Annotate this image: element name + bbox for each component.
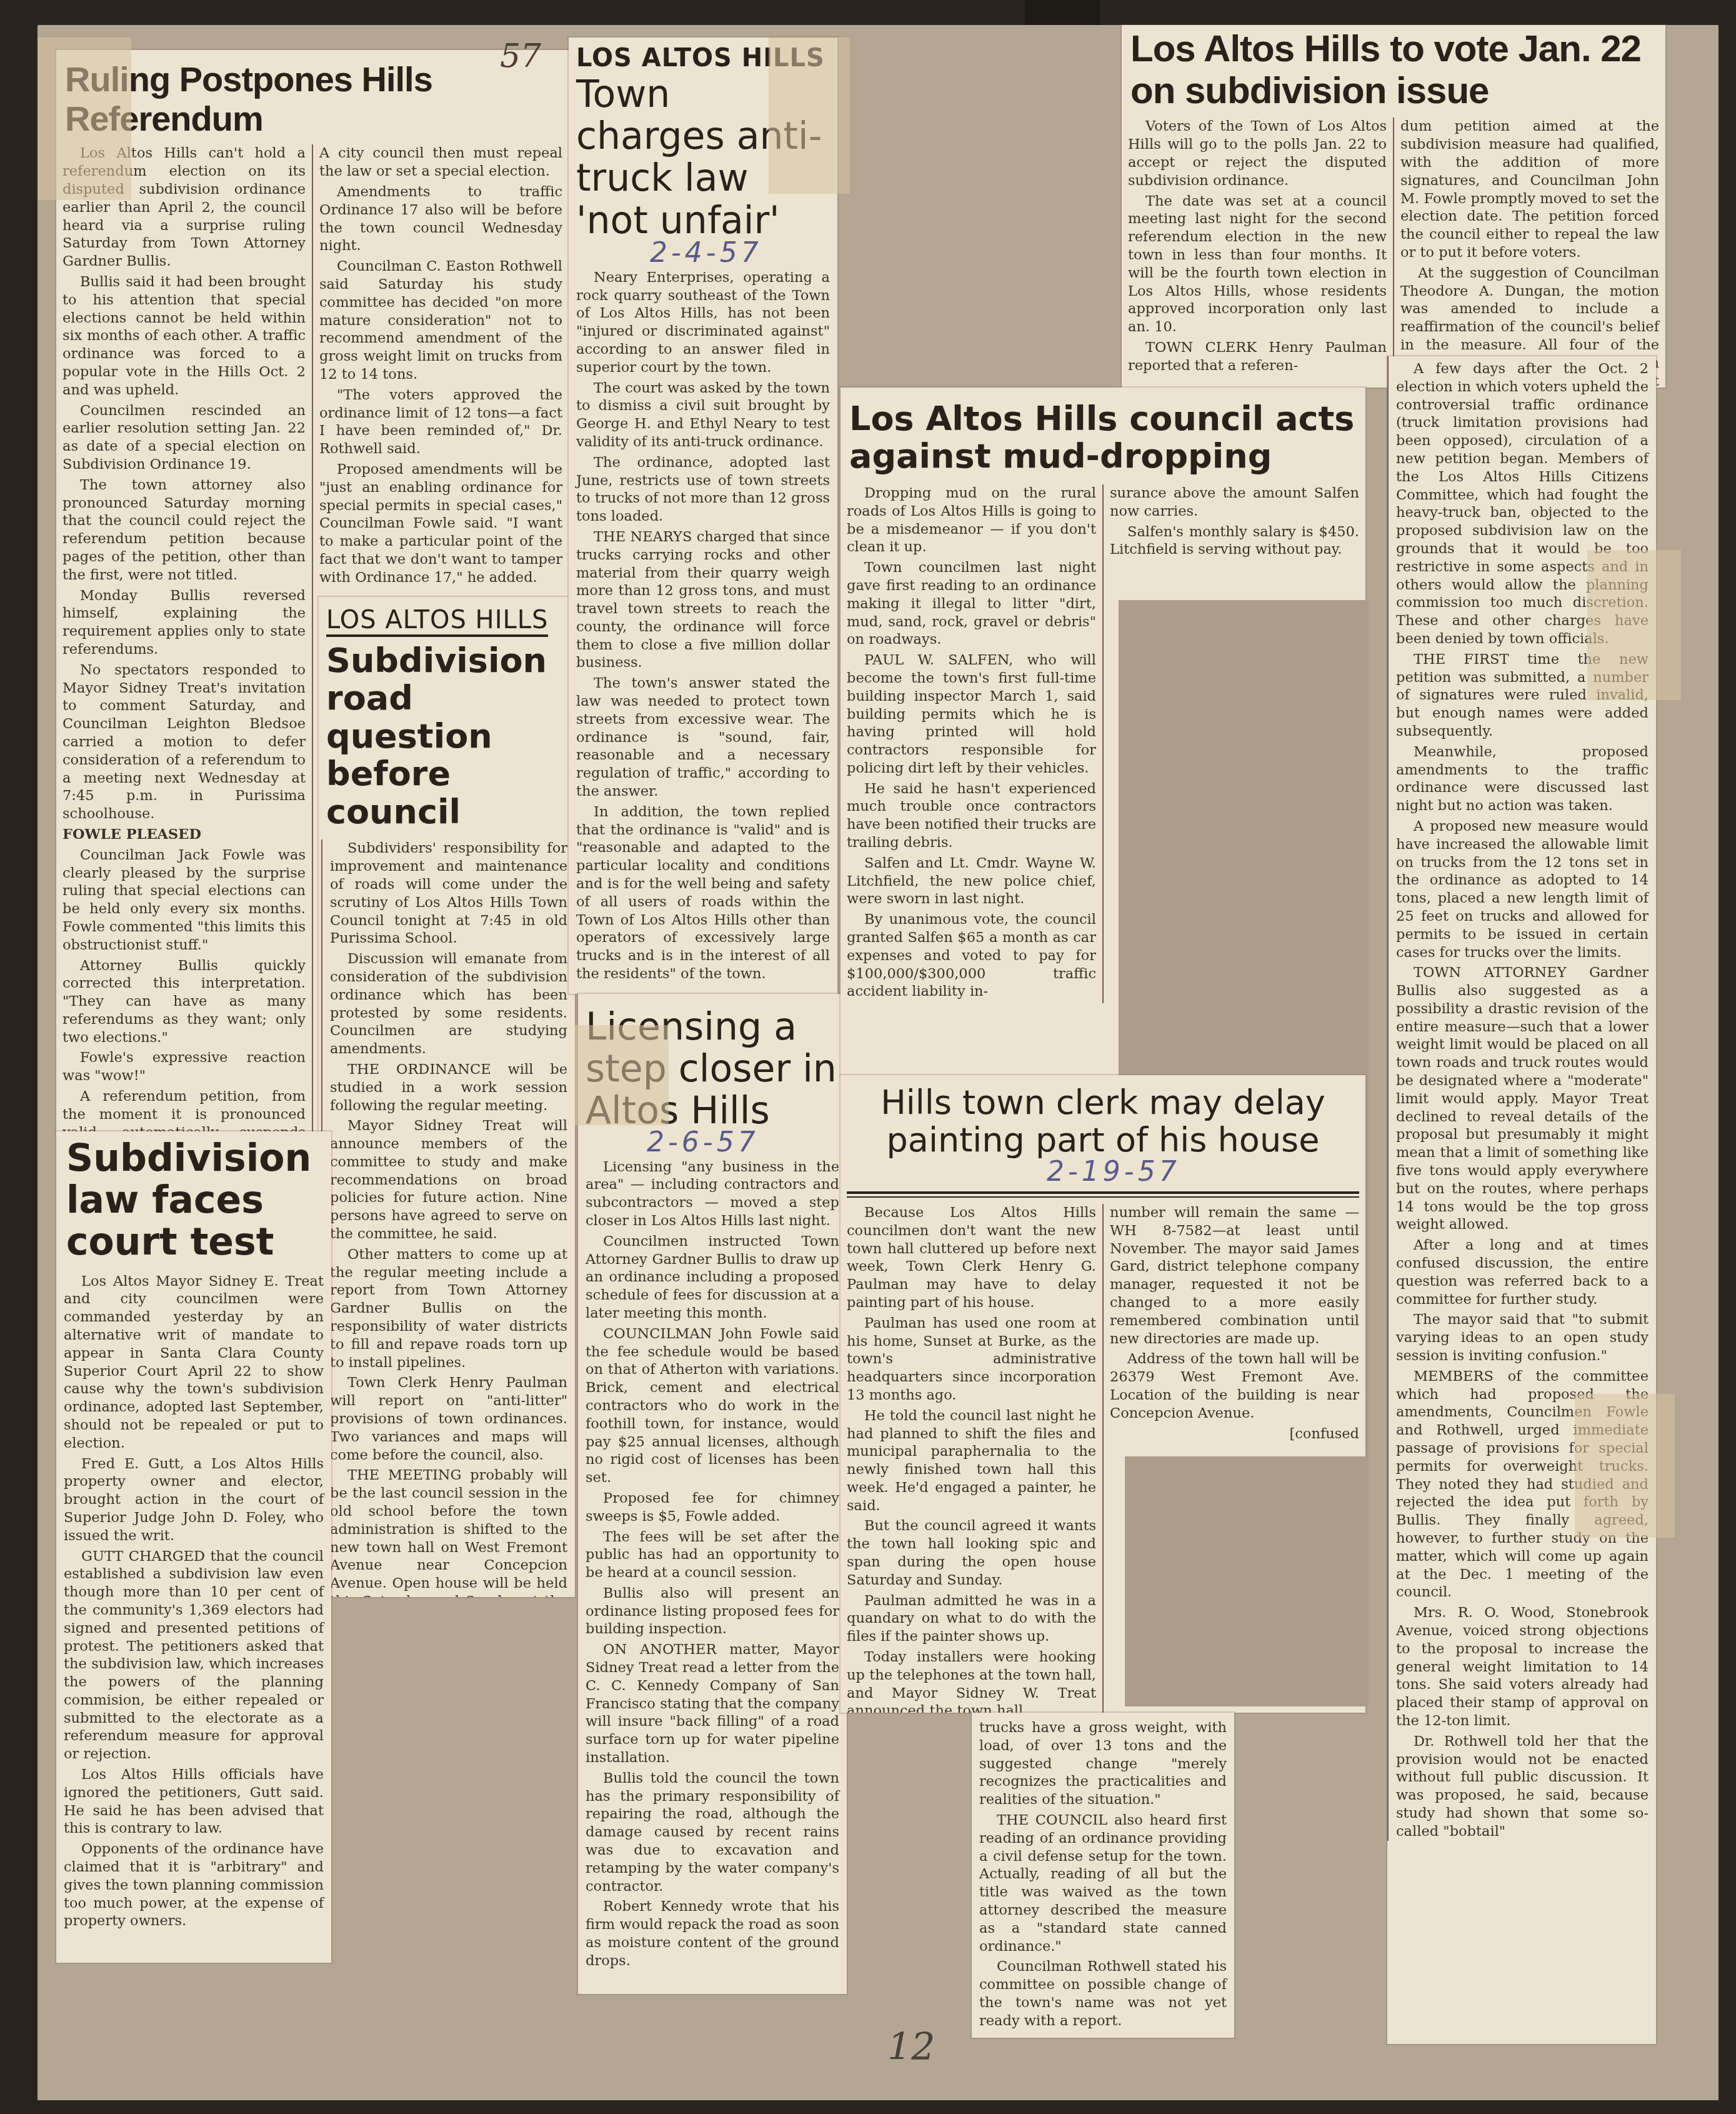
paragraph: ON ANOTHER matter, Mayor Sidney Treat re… bbox=[586, 1641, 839, 1767]
paragraph: Councilman Jack Fowle was clearly please… bbox=[62, 846, 306, 954]
paragraph: The town's answer stated the law was nee… bbox=[576, 674, 830, 801]
paragraph: THE NEARYS charged that since trucks car… bbox=[576, 528, 830, 672]
paragraph: Discussion will emanate from considerati… bbox=[330, 950, 567, 1058]
paragraph: Bullis also will present an ordinance li… bbox=[586, 1585, 839, 1638]
article-column: Because Los Altos Hills councilmen don't… bbox=[841, 1204, 1102, 1713]
headline: Hills town clerk may delay painting part… bbox=[841, 1075, 1365, 1160]
paragraph: Voters of the Town of Los Altos Hills wi… bbox=[1128, 118, 1387, 189]
paragraph: Fowle's expressive reaction was "wow!" bbox=[62, 1049, 306, 1085]
kicker: LOS ALTOS HILLS bbox=[326, 606, 548, 637]
article-column: Voters of the Town of Los Altos Hills wi… bbox=[1122, 118, 1393, 388]
paragraph: Because Los Altos Hills councilmen don't… bbox=[847, 1204, 1096, 1312]
paragraph: Attorney Bullis quickly corrected this i… bbox=[62, 957, 306, 1047]
paragraph: COUNCILMAN John Fowle said the fee sched… bbox=[586, 1325, 839, 1487]
paragraph: Salfen and Lt. Cmdr. Wayne W. Litchfield… bbox=[847, 854, 1096, 908]
clipping-council-continued: trucks have a gross weight, with load, o… bbox=[972, 1713, 1234, 2038]
paragraph: Meanwhile, proposed amendments to the tr… bbox=[1396, 743, 1649, 815]
headline: Los Altos Hills to vote Jan. 22 on subdi… bbox=[1122, 25, 1665, 118]
paragraph: TOWN ATTORNEY Gardner Bullis also sugges… bbox=[1396, 964, 1649, 1234]
paragraph: Monday Bullis reversed himself, explaini… bbox=[62, 587, 306, 659]
headline: Los Altos Hills council acts against mud… bbox=[841, 388, 1365, 484]
paragraph: The date was set at a council meeting la… bbox=[1128, 193, 1387, 336]
paragraph: Proposed amendments will be "just an ena… bbox=[319, 461, 562, 587]
paragraph: Dr. Rothwell told her that the provision… bbox=[1396, 1733, 1649, 1841]
paragraph: The court was asked by the town to dismi… bbox=[576, 379, 830, 451]
headline: Subdivision law faces court test bbox=[56, 1131, 331, 1273]
paragraph: surance above the amount Salfen now carr… bbox=[1110, 484, 1359, 521]
paragraph: No spectators responded to Mayor Sidney … bbox=[62, 661, 306, 823]
clipping-subdivision-road: LOS ALTOS HILLS Subdivision road questio… bbox=[319, 597, 575, 1597]
paragraph: Robert Kennedy wrote that his firm would… bbox=[586, 1898, 839, 1970]
paragraph: Dropping mud on the rural roads of Los A… bbox=[847, 484, 1096, 556]
paragraph: He told the council last night he had pl… bbox=[847, 1407, 1096, 1515]
paragraph: The town attorney also pronounced Saturd… bbox=[62, 476, 306, 584]
paragraph: Salfen's monthly salary is $450. Litchfi… bbox=[1110, 523, 1359, 559]
paragraph: THE ORDINANCE will be studied in a work … bbox=[330, 1061, 567, 1115]
tape-strip bbox=[575, 1025, 669, 1125]
headline: Subdivision road question before council bbox=[319, 637, 575, 839]
paragraph: The ordinance, adopted last June, restri… bbox=[576, 454, 830, 526]
handwritten-date: 2-19-57 bbox=[841, 1156, 1365, 1188]
tape-strip bbox=[37, 38, 131, 200]
paragraph: Councilman C. Easton Rothwell said Satur… bbox=[319, 258, 562, 384]
paragraph: Councilmen rescinded an earlier resoluti… bbox=[62, 402, 306, 474]
paragraph: Neary Enterprises, operating a rock quar… bbox=[576, 269, 830, 377]
article-column: dum petition aimed at the subdivision me… bbox=[1393, 118, 1665, 388]
paragraph: A proposed new measure would have increa… bbox=[1396, 818, 1649, 961]
paragraph: A city council then must repeal the law … bbox=[319, 144, 562, 181]
paragraph: Fred E. Gutt, a Los Altos Hills property… bbox=[64, 1455, 324, 1545]
paragraph: Mayor Sidney Treat will announce members… bbox=[330, 1117, 567, 1243]
paragraph: dum petition aimed at the subdivision me… bbox=[1400, 118, 1659, 261]
paragraph: Bullis said it had been brought to his a… bbox=[62, 273, 306, 399]
paragraph: A referendum petition, from the moment i… bbox=[62, 1088, 306, 1131]
paragraph: Amendments to traffic Ordinance 17 also … bbox=[319, 183, 562, 255]
paragraph: Paulman has used one room at his home, S… bbox=[847, 1315, 1096, 1405]
paragraph: Opponents of the ordinance have claimed … bbox=[64, 1840, 324, 1930]
paragraph: In addition, the town replied that the o… bbox=[576, 803, 830, 983]
paragraph: THE COUNCIL also heard first reading of … bbox=[979, 1811, 1227, 1955]
paragraph: Subdividers' responsibility for improvem… bbox=[330, 839, 567, 948]
page-number-annotation: 12 bbox=[887, 2025, 935, 2069]
paragraph: But the council agreed it wants the town… bbox=[847, 1517, 1096, 1589]
paragraph: Town Clerk Henry Paulman will report on … bbox=[330, 1374, 567, 1464]
paragraph: Town councilmen last night gave first re… bbox=[847, 559, 1096, 649]
clipping-licensing: Licensing a step closer in Altos Hills 2… bbox=[578, 994, 847, 1994]
paragraph: [confused bbox=[1110, 1425, 1359, 1443]
paragraph: The mayor said that "to submit varying i… bbox=[1396, 1311, 1649, 1365]
subhead: FOWLE PLEASED bbox=[62, 826, 306, 844]
paragraph: GUTT CHARGED that the council establishe… bbox=[64, 1548, 324, 1764]
empty-board-area bbox=[1125, 1456, 1369, 1706]
tape-strip bbox=[1587, 550, 1681, 700]
paragraph: Los Altos Hills officials have ignored t… bbox=[64, 1766, 324, 1838]
clipping-court-test: Subdivision law faces court test Los Alt… bbox=[56, 1131, 331, 1963]
paragraph: After a long and at times confused discu… bbox=[1396, 1236, 1649, 1308]
paragraph: Councilmen instructed Town Attorney Gard… bbox=[586, 1233, 839, 1323]
paragraph: trucks have a gross weight, with load, o… bbox=[979, 1719, 1227, 1809]
paragraph: By unanimous vote, the council granted S… bbox=[847, 911, 1096, 1001]
paragraph: number will remain the same —WH 8-7582—a… bbox=[1110, 1204, 1359, 1348]
paragraph: TOWN CLERK Henry Paulman reported that a… bbox=[1128, 339, 1387, 375]
paragraph: Today installers were hooking up the tel… bbox=[847, 1648, 1096, 1713]
paragraph: Licensing "any business in the area" — i… bbox=[586, 1158, 839, 1230]
paragraph: Other matters to come up at the regular … bbox=[330, 1246, 567, 1372]
headline: Ruling Postpones Hills Referendum bbox=[56, 50, 569, 144]
paragraph: Mrs. R. O. Wood, Stonebrook Avenue, voic… bbox=[1396, 1604, 1649, 1730]
paragraph: THE MEETING probably will be the last co… bbox=[330, 1466, 567, 1597]
paragraph: The fees will be set after the public ha… bbox=[586, 1528, 839, 1582]
article-column: Dropping mud on the rural roads of Los A… bbox=[841, 484, 1102, 1003]
paragraph: Bullis told the council the town has the… bbox=[586, 1770, 839, 1896]
paragraph: He said he hasn't experienced much troub… bbox=[847, 780, 1096, 852]
clipping-vote-jan-22: Los Altos Hills to vote Jan. 22 on subdi… bbox=[1122, 25, 1665, 388]
paragraph: "The voters approved the ordinance limit… bbox=[319, 386, 562, 458]
double-rule bbox=[847, 1191, 1359, 1198]
tape-strip bbox=[1575, 1394, 1675, 1538]
paragraph: Councilman Rothwell stated his committee… bbox=[979, 1958, 1227, 2030]
page-number-annotation: 57 bbox=[500, 38, 541, 75]
paragraph: Address of the town hall will be 26379 W… bbox=[1110, 1350, 1359, 1422]
tape-strip bbox=[769, 38, 850, 194]
page-gap bbox=[1025, 0, 1100, 25]
paragraph: Los Altos Mayor Sidney E. Treat and city… bbox=[64, 1273, 324, 1453]
paragraph: Paulman admitted he was in a quandary on… bbox=[847, 1592, 1096, 1646]
paragraph: PAUL W. SALFEN, who will become the town… bbox=[847, 651, 1096, 778]
paragraph: Proposed fee for chimney sweeps is $5, F… bbox=[586, 1490, 839, 1526]
article-column: Los Altos Hills can't hold a referendum … bbox=[56, 144, 312, 1131]
